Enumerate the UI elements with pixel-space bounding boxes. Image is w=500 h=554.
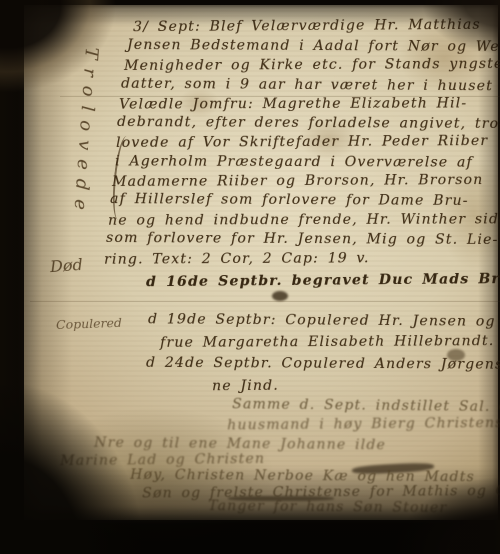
faded-line: huusmand i høy Bierg Christensen ha <box>227 415 500 434</box>
manuscript-line: d 24de Septbr. Copulered Anders Jørgense… <box>146 355 500 373</box>
manuscript-line: d 16de Septbr. begravet Duc Mads Broes f… <box>146 270 500 290</box>
manuscript-line: Menigheder og Kirke etc. for Stands yngs… <box>124 56 500 74</box>
manuscript-line: som forlovere for Hr. Jensen, Mig og St.… <box>106 230 499 248</box>
manuscript-line: i Agerholm Præstegaard i Overværelse af <box>115 153 473 170</box>
faded-line: Høy, Christen Nerboe Kæ og hen Madts <box>130 467 475 485</box>
manuscript-line: ne Jind. <box>212 378 279 394</box>
manuscript-line: af Hillerslef som forlovere for Dame Bru… <box>110 191 469 209</box>
manuscript-line: lovede af Vor Skriftefader Hr. Peder Rii… <box>116 133 488 151</box>
manuscript-line: datter, som i 9 aar har været her i huus… <box>121 76 493 95</box>
manuscript-photo: Trolovede Død Copulered 3/ Sept: Blef Ve… <box>0 0 500 554</box>
margin-annotation-doed: Død <box>49 255 83 276</box>
faded-line: Tanger for hans Søn Stouer <box>208 498 447 516</box>
manuscript-line: frue Margaretha Elisabeth Hillebrandt. <box>160 333 494 351</box>
margin-annotation-copulered: Copulered <box>56 315 122 332</box>
manuscript-line: ring. Text: 2 Cor, 2 Cap: 19 v. <box>104 250 370 267</box>
manuscript-line: Madamerne Riiber og Brorson, Hr. Brorson <box>112 172 483 190</box>
manuscript-line: ne og hend indbudne frende, Hr. Winther … <box>108 211 500 228</box>
manuscript-line: 3/ Sept: Blef Velærværdige Hr. Matthias <box>133 17 481 35</box>
manuscript-line: debrandt, efter deres forladelse angivet… <box>117 114 500 132</box>
manuscript-line: Jensen Bedstemand i Aadal fort Nør og We… <box>127 37 500 55</box>
manuscript-line: Velædle Jomfru: Magrethe Elizabeth Hil- <box>119 95 467 112</box>
